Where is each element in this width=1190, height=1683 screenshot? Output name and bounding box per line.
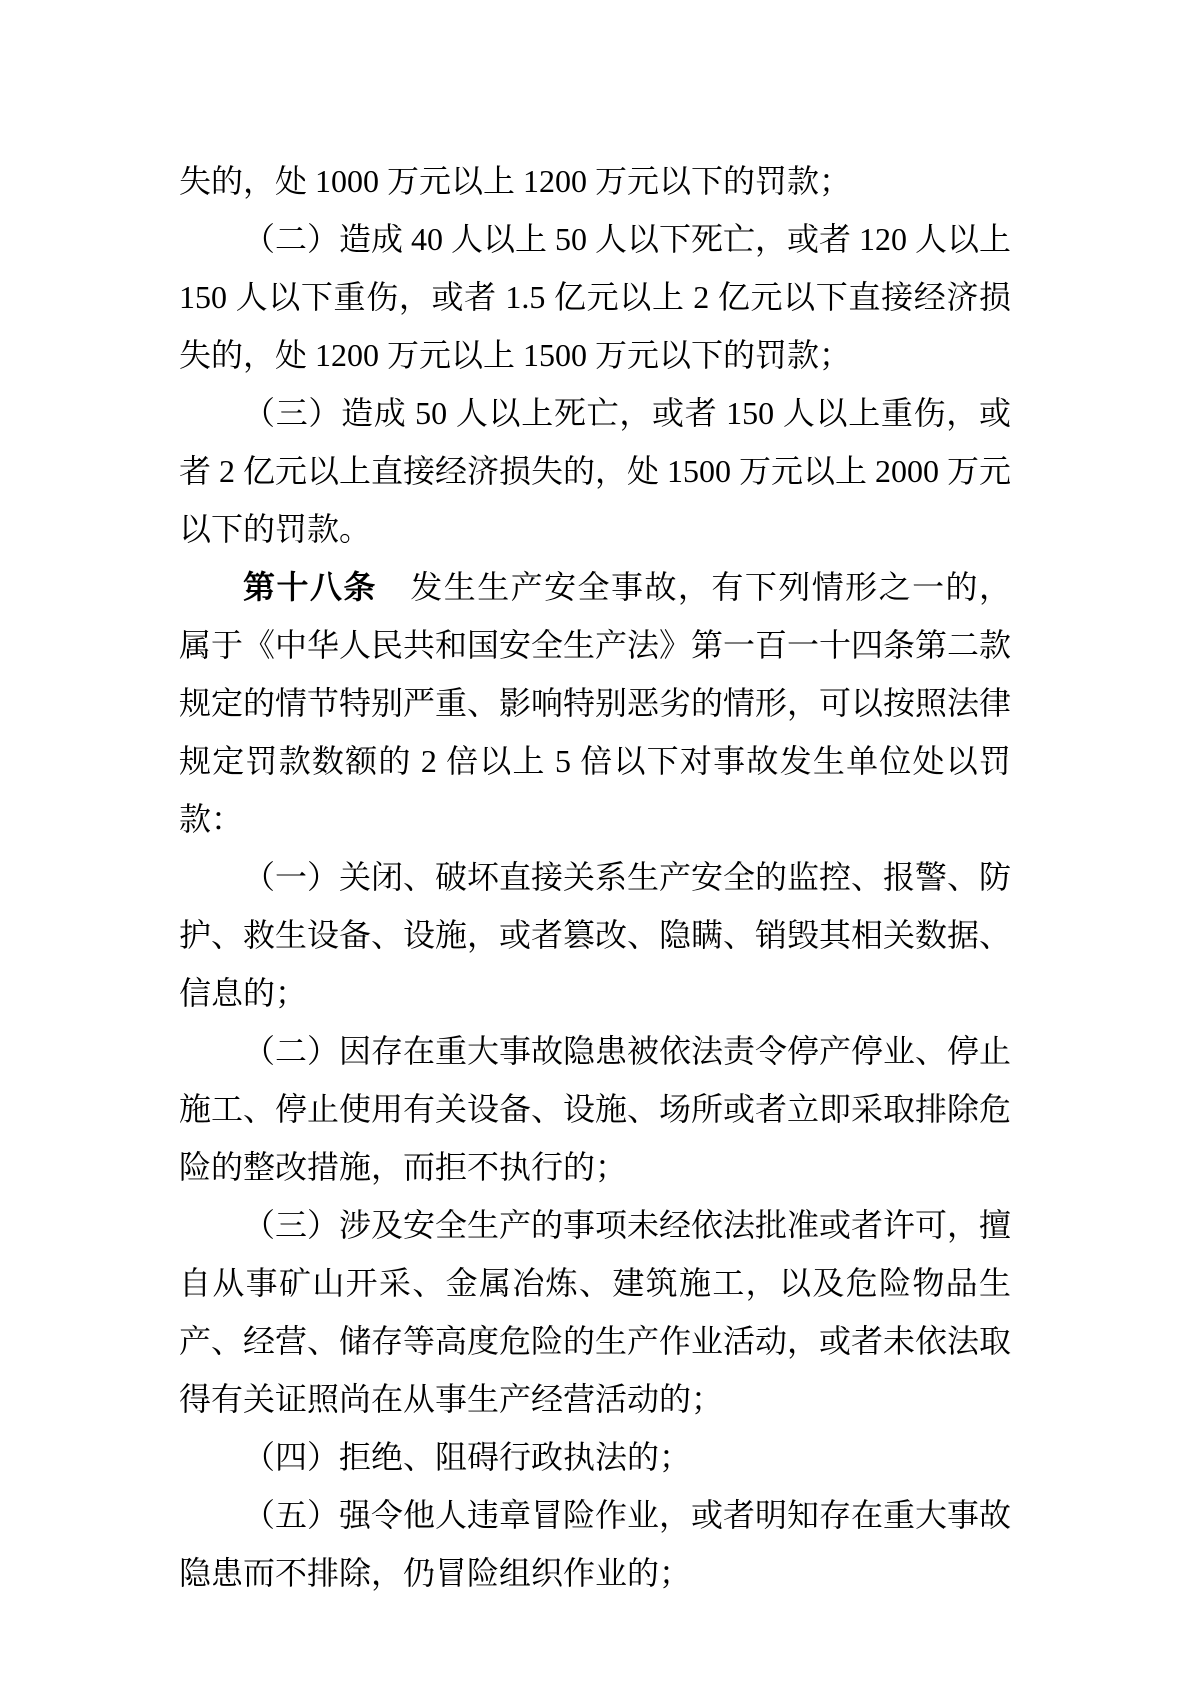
paragraph-clause-2: （二）造成 40 人以上 50 人以下死亡，或者 120 人以上 150 人以下… (179, 210, 1011, 384)
paragraph-item-1: （一）关闭、破坏直接关系生产安全的监控、报警、防护、救生设备、设施，或者篡改、隐… (179, 848, 1011, 1022)
paragraph-article-18: 第十八条 发生生产安全事故，有下列情形之一的，属于《中华人民共和国安全生产法》第… (179, 558, 1011, 848)
paragraph-item-2: （二）因存在重大事故隐患被依法责令停产停业、停止施工、停止使用有关设备、设施、场… (179, 1022, 1011, 1196)
paragraph-item-4: （四）拒绝、阻碍行政执法的； (179, 1428, 1011, 1486)
paragraph-item-3: （三）涉及安全生产的事项未经依法批准或者许可，擅自从事矿山开采、金属冶炼、建筑施… (179, 1196, 1011, 1428)
document-page: 失的，处 1000 万元以上 1200 万元以下的罚款； （二）造成 40 人以… (0, 0, 1190, 1683)
article-18-number: 第十八条 (243, 569, 377, 605)
article-18-body: 发生生产安全事故，有下列情形之一的，属于《中华人民共和国安全生产法》第一百一十四… (179, 569, 1011, 837)
paragraph-item-5: （五）强令他人违章冒险作业，或者明知存在重大事故隐患而不排除，仍冒险组织作业的； (179, 1486, 1011, 1602)
paragraph-continuation: 失的，处 1000 万元以上 1200 万元以下的罚款； (179, 152, 1011, 210)
paragraph-clause-3: （三）造成 50 人以上死亡，或者 150 人以上重伤，或者 2 亿元以上直接经… (179, 384, 1011, 558)
